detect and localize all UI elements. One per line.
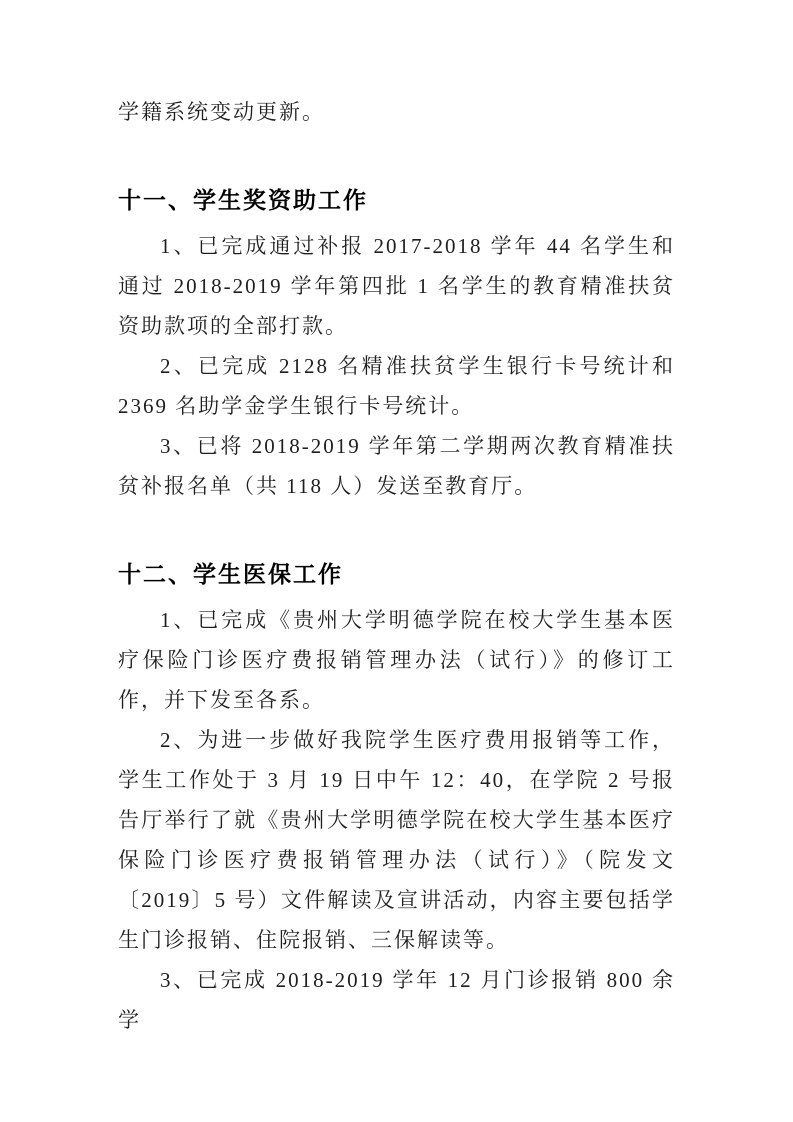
- section-11-paragraph-2: 2、已完成 2128 名精准扶贫学生银行卡号统计和 2369 名助学金学生银行卡…: [118, 346, 675, 426]
- section-12-paragraph-1: 1、已完成《贵州大学明德学院在校大学生基本医疗保险门诊医疗费报销管理办法（试行）…: [118, 600, 675, 720]
- section-12-paragraph-3: 3、已完成 2018-2019 学年 12 月门诊报销 800 余学: [118, 960, 675, 1040]
- section-heading-11: 十一、学生奖资助工作: [118, 180, 675, 220]
- section-12-paragraph-2: 2、为进一步做好我院学生医疗费用报销等工作，学生工作处于 3 月 19 日中午 …: [118, 720, 675, 960]
- section-11-paragraph-1: 1、已完成通过补报 2017-2018 学年 44 名学生和通过 2018-20…: [118, 226, 675, 346]
- document-page: 学籍系统变动更新。 十一、学生奖资助工作 1、已完成通过补报 2017-2018…: [0, 0, 793, 1122]
- section-11-paragraph-3: 3、已将 2018-2019 学年第二学期两次教育精准扶贫补报名单（共 118 …: [118, 426, 675, 506]
- intro-paragraph: 学籍系统变动更新。: [118, 92, 675, 132]
- section-heading-12: 十二、学生医保工作: [118, 554, 675, 594]
